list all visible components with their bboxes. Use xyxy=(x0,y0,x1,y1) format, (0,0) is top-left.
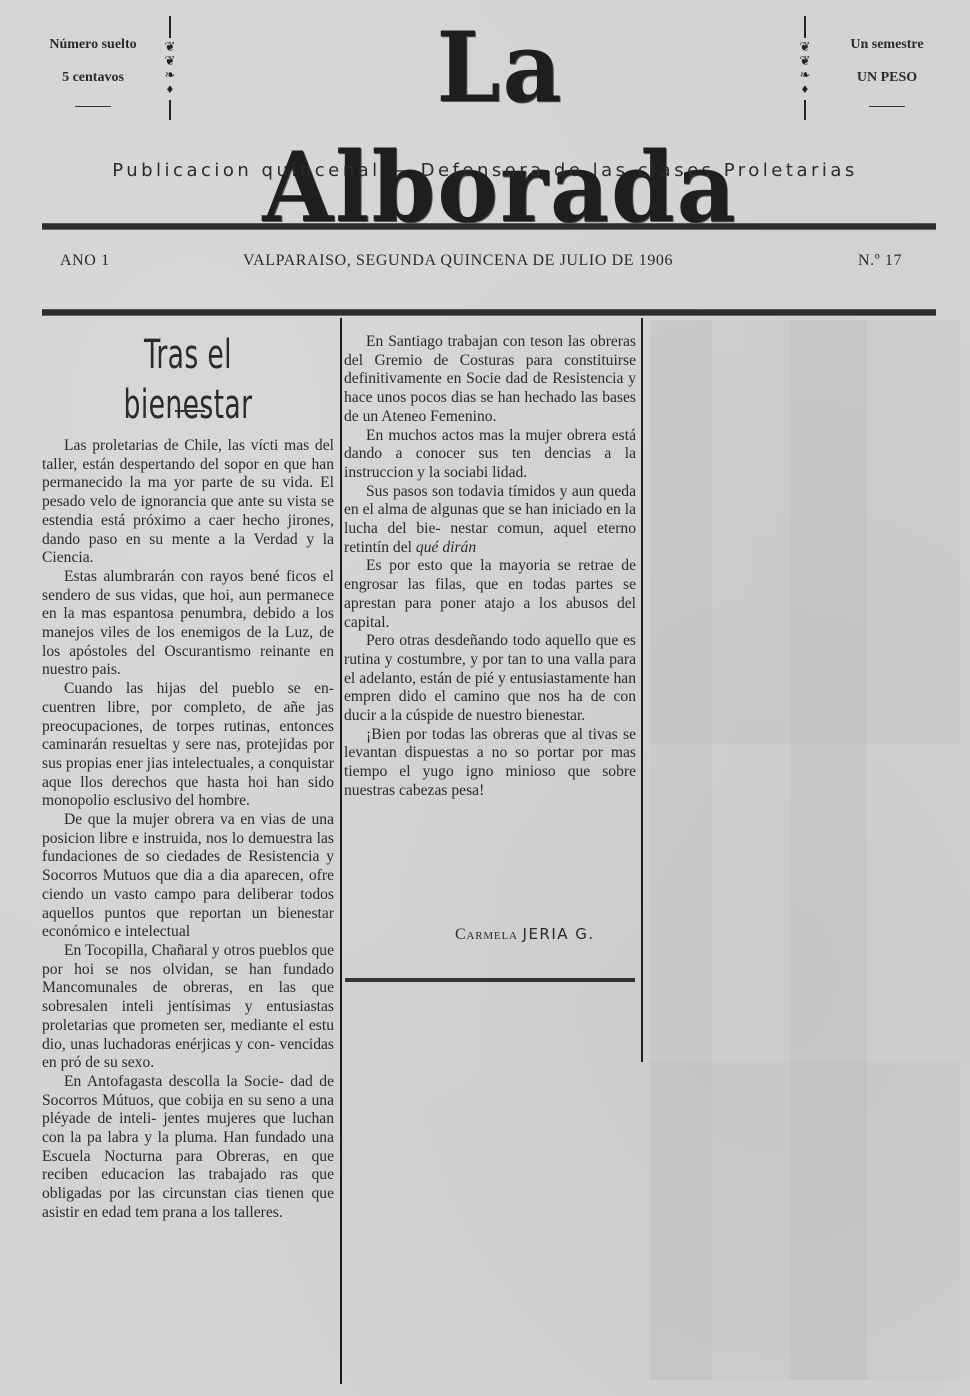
place-and-date: VALPARAISO, SEGUNDA QUINCENA DE JULIO DE… xyxy=(243,252,673,270)
paragraph: De que la mujer obrera va en vias de una… xyxy=(42,811,334,942)
italic-phrase: qué dirán xyxy=(416,539,476,556)
article-end-rule xyxy=(345,978,635,982)
blank-column-show-through xyxy=(650,320,960,1380)
divider xyxy=(869,106,905,107)
heavy-rule-bottom xyxy=(42,309,936,316)
paragraph: Sus pasos son todavia tímidos y aun qued… xyxy=(344,483,636,558)
paragraph: En muchos actos mas la mujer obrera está… xyxy=(344,427,636,483)
author-signature: Carmela JERIA G. xyxy=(455,925,595,944)
subscription-value: UN PESO xyxy=(826,61,948,94)
column-rule xyxy=(340,318,342,1384)
heavy-rule-top xyxy=(42,223,936,230)
single-copy-label: Número suelto xyxy=(38,28,148,61)
paragraph: Pero otras desdeñando todo aquello que e… xyxy=(344,632,636,726)
article-column-1: Las proletarias de Chile, las vícti mas … xyxy=(42,437,334,1223)
newspaper-title: La Alborada xyxy=(234,8,766,128)
paragraph: En Antofagasta descolla la Socie- dad de… xyxy=(42,1073,334,1223)
volume-year: ANO 1 xyxy=(60,252,110,270)
fleuron-ornament-icon: ❦❦❧♦ xyxy=(795,16,815,120)
paragraph: Cuando las hijas del pueblo se en- cuent… xyxy=(42,680,334,811)
author-first-name: Carmela xyxy=(455,926,518,943)
paragraph: Es por esto que la mayoria se retrae de … xyxy=(344,557,636,632)
column-rule xyxy=(641,318,643,1062)
subscription-price: Un semestre UN PESO xyxy=(826,28,948,107)
divider xyxy=(75,106,111,107)
paragraph: En Santiago trabajan con teson las obrer… xyxy=(344,333,636,427)
single-copy-price: Número suelto 5 centavos xyxy=(38,28,148,107)
masthead-subtitle: Publicacion quincenal — Defensora de las… xyxy=(0,160,970,181)
paragraph: En Tocopilla, Chañaral y otros pueblos q… xyxy=(42,942,334,1073)
paragraph: Estas alumbrarán con rayos bené ficos el… xyxy=(42,568,334,680)
paragraph: Las proletarias de Chile, las vícti mas … xyxy=(42,437,334,568)
newspaper-page: Número suelto 5 centavos ❦❦❧♦ La Alborad… xyxy=(0,0,970,1396)
issue-number: N.º 17 xyxy=(858,252,902,270)
article-title: Tras el bienestar xyxy=(80,330,296,430)
paragraph-text: Sus pasos son todavia tímidos y aun qued… xyxy=(344,483,636,556)
title-divider xyxy=(175,410,205,412)
subscription-label: Un semestre xyxy=(826,28,948,61)
single-copy-value: 5 centavos xyxy=(38,61,148,94)
paragraph: ¡Bien por todas las obreras que al tivas… xyxy=(344,726,636,801)
fleuron-ornament-icon: ❦❦❧♦ xyxy=(160,16,180,120)
author-last-name: JERIA G. xyxy=(523,925,595,943)
article-column-2: En Santiago trabajan con teson las obrer… xyxy=(344,333,636,801)
